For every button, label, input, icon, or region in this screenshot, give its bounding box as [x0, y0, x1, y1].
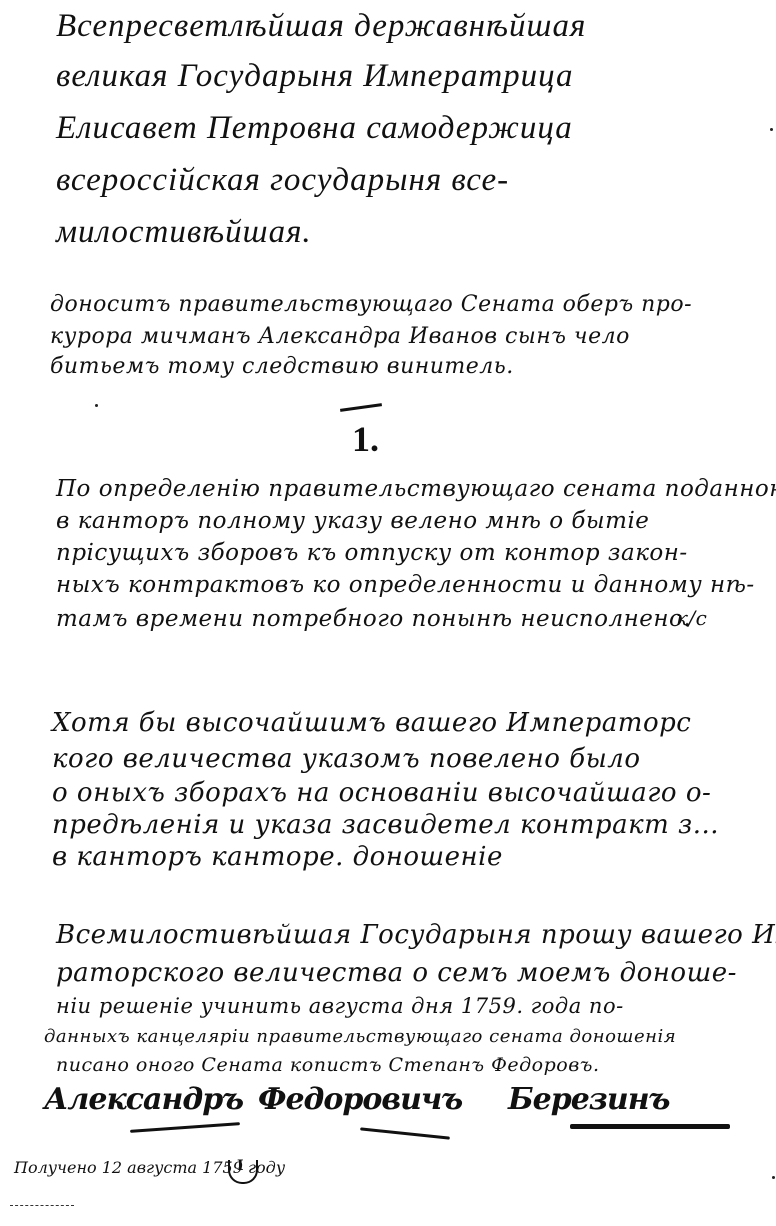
salutation-line-4: всероссiйская государыня все-: [56, 162, 509, 199]
preamble-line-2: курора мичманъ Александра Иванов сынъ че…: [50, 324, 630, 349]
paragraph-1-mark: к/с: [676, 606, 707, 630]
paragraph-2-line-2: кого величества указомъ повелено было: [52, 744, 640, 774]
salutation-line-1: Всепресветлѣйшая державнѣйшая: [56, 8, 586, 45]
ink-speck: [95, 404, 98, 407]
paragraph-1-line-2: в канторъ полному указу велено мнѣ о быт…: [56, 508, 649, 534]
signature-3: Березинъ: [508, 1082, 669, 1117]
paragraph-1-line-5: тамъ времени потребного понынѣ неисполне…: [56, 606, 691, 632]
section-number-bar: [340, 403, 382, 412]
signature-2: Федоровичъ: [258, 1082, 462, 1117]
section-number: 1.: [352, 418, 379, 460]
salutation-line-5: милостивѣйшая.: [56, 214, 312, 251]
seal-mark: I: [237, 1158, 244, 1174]
preamble-line-3: битьемъ тому следствию винитель.: [50, 354, 514, 379]
paragraph-3-line-2: раторского величества о семъ моемъ донош…: [56, 958, 737, 988]
manuscript-page: Всепресветлѣйшая державнѣйшая великая Го…: [0, 0, 776, 1226]
paragraph-2-line-1: Хотя бы высочайшимъ вашего Императорс: [52, 708, 691, 738]
bottom-rule: [10, 1205, 74, 1207]
paragraph-3-line-3: нiи решенiе учинить августа дня 1759. го…: [56, 994, 624, 1018]
salutation-line-2: великая Государыня Императрица: [56, 58, 574, 95]
ink-speck: [772, 1176, 775, 1179]
signature-flourish-3: [570, 1124, 730, 1129]
paragraph-2-line-3: о оныхъ зборахъ на основанiи высочайшаго…: [52, 778, 711, 808]
paragraph-2-line-4: предѣленiя и указа засвидетел контракт з…: [52, 810, 719, 840]
paragraph-1-line-4: ныхъ контрактовъ ко определенности и дан…: [56, 572, 755, 598]
salutation-line-3: Елисавет Петровна самодержица: [56, 110, 573, 147]
paragraph-1-line-3: прiсущихъ зборовъ къ отпуску от контор з…: [56, 540, 688, 566]
signature-flourish-2: [360, 1127, 450, 1139]
paragraph-1-line-1: По определенiю правительствующаго сената…: [56, 476, 776, 502]
paragraph-3-line-4: данныхъ канцелярiи правительствующаго се…: [44, 1026, 676, 1047]
signature-1: Александръ: [44, 1082, 243, 1117]
paragraph-3-line-1: Всемилостивѣйшая Государыня прошу вашего…: [56, 920, 776, 950]
preamble-line-1: доноситъ правительствующаго Сената оберъ…: [50, 292, 692, 317]
paragraph-2-line-5: в канторъ канторе. доношенiе: [52, 842, 503, 872]
paragraph-3-line-5: писано оного Сената копистъ Степанъ Федо…: [56, 1054, 599, 1076]
ink-speck: [770, 128, 773, 131]
signature-flourish-1: [130, 1122, 240, 1133]
